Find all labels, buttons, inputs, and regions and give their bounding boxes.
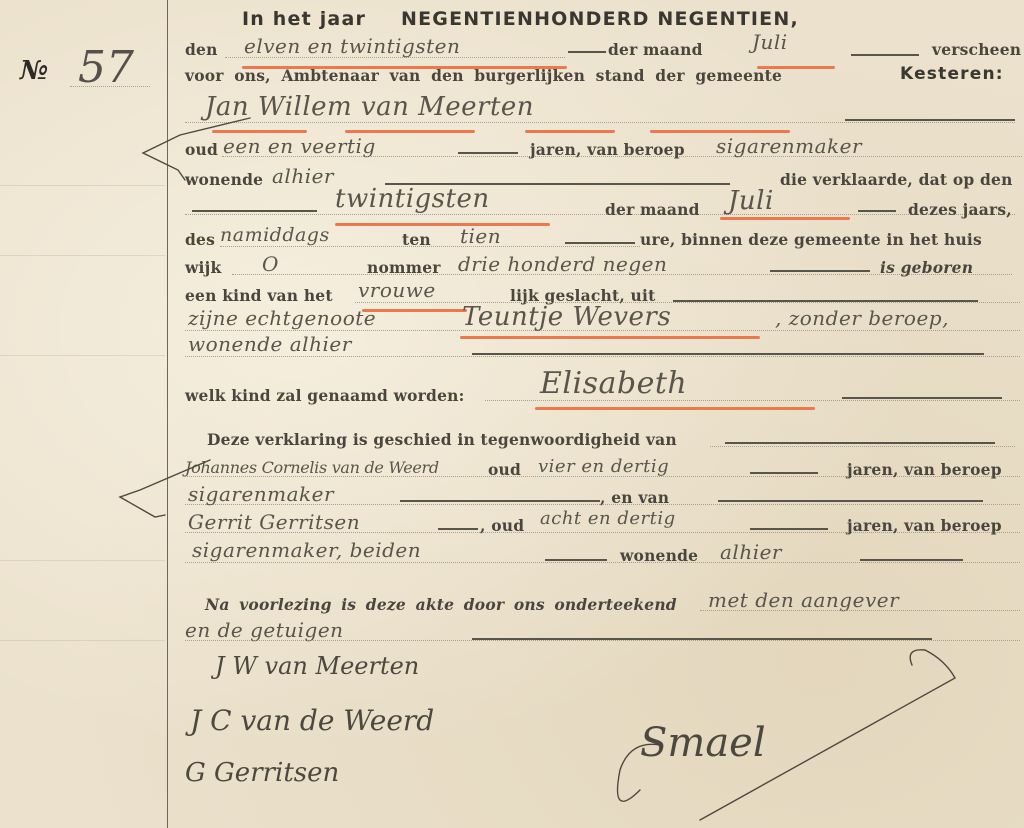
pen-strokes [0, 0, 1024, 828]
flourish-icon [700, 650, 955, 820]
bracket-mark-icon [143, 118, 250, 180]
flourish-icon [618, 744, 661, 801]
bracket-mark-icon [120, 460, 210, 517]
